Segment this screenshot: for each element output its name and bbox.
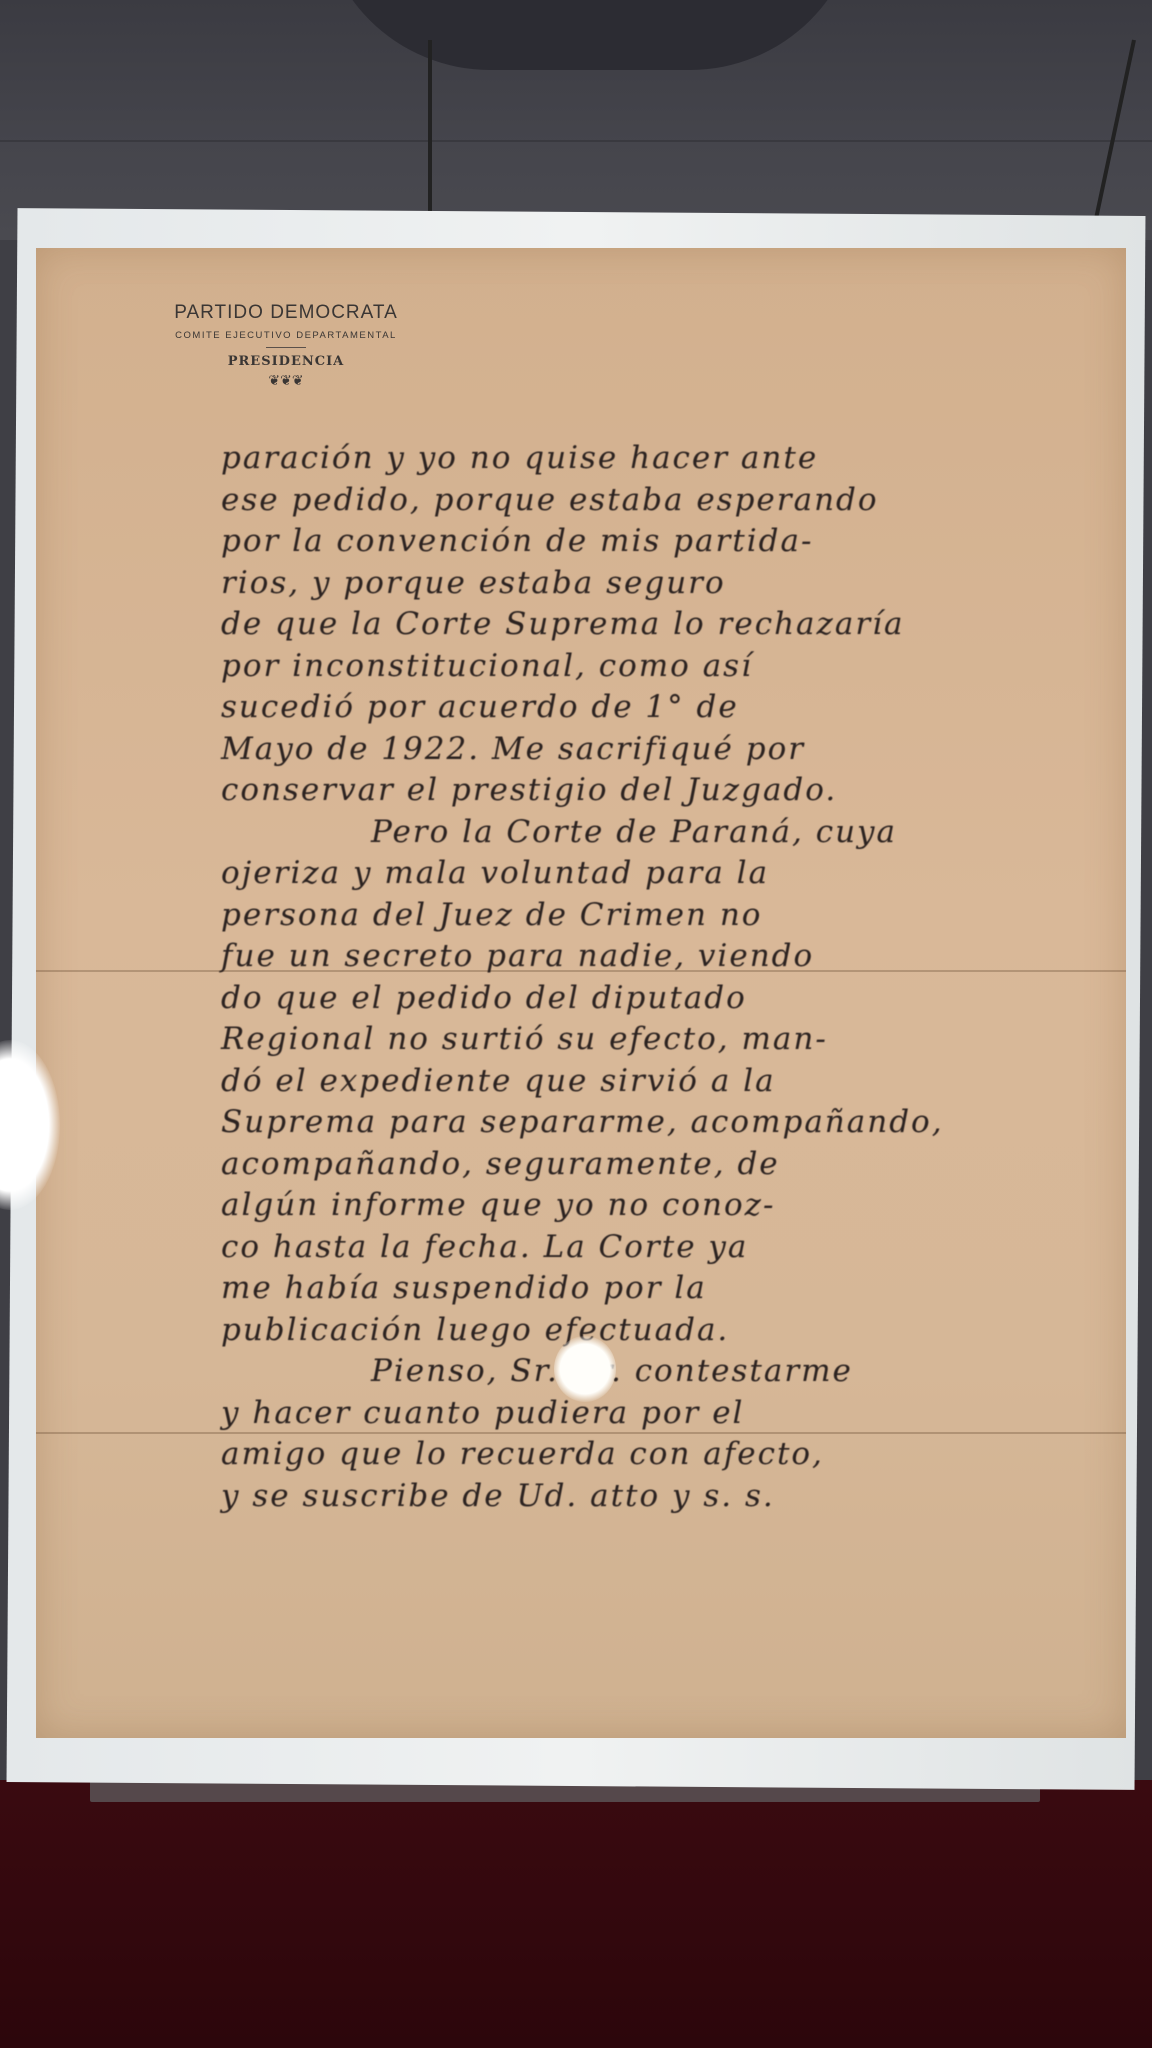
letter-line: publicación luego efectuada. — [221, 1310, 1101, 1352]
letter-line: de que la Corte Suprema lo rechazaría — [221, 604, 1101, 646]
letter-body: paración y yo no quise hacer ante ese pe… — [221, 438, 1101, 1517]
letter-line: acompañando, seguramente, de — [221, 1144, 1101, 1186]
letter-line: Regional no surtió su efecto, man- — [221, 1019, 1101, 1061]
letter-line: persona del Juez de Crimen no — [221, 895, 1101, 937]
letter-line: amigo que lo recuerda con afecto, — [221, 1434, 1101, 1476]
letter-page: PARTIDO DEMOCRATA COMITE EJECUTIVO DEPAR… — [36, 248, 1126, 1738]
letter-line: paración y yo no quise hacer ante — [221, 438, 1101, 480]
letter-line: dó el expediente que sirvió a la — [221, 1061, 1101, 1103]
letter-line: por inconstitucional, como así — [221, 646, 1101, 688]
letter-line: Mayo de 1922. Me sacrifiqué por — [221, 729, 1101, 771]
letter-line: Pienso, Sr. Dr. contestarme — [221, 1351, 1101, 1393]
letter-line: fue un secreto para nadie, viendo — [221, 936, 1101, 978]
letter-line: rios, y porque estaba seguro — [221, 563, 1101, 605]
letter-line: y hacer cuanto pudiera por el — [221, 1393, 1101, 1435]
letter-line: algún informe que yo no conoz- — [221, 1185, 1101, 1227]
wall-seam — [0, 140, 1152, 142]
letter-line: ese pedido, porque estaba esperando — [221, 480, 1101, 522]
letter-line: Suprema para separarme, acompañando, — [221, 1102, 1101, 1144]
letter-line: me había suspendido por la — [221, 1268, 1101, 1310]
letterhead: PARTIDO DEMOCRATA COMITE EJECUTIVO DEPAR… — [136, 302, 436, 389]
letter-line: do que el pedido del diputado — [221, 978, 1101, 1020]
letter-line: sucedió por acuerdo de 1° de — [221, 687, 1101, 729]
display-table — [0, 1780, 1152, 2048]
letter-line: por la convención de mis partida- — [221, 521, 1101, 563]
light-glare — [554, 1336, 616, 1402]
letter-line: co hasta la fecha. La Corte ya — [221, 1227, 1101, 1269]
letter-line: Pero la Corte de Paraná, cuya — [221, 812, 1101, 854]
letterhead-office: PRESIDENCIA — [136, 354, 436, 369]
letterhead-rule — [266, 347, 306, 348]
letterhead-organization: PARTIDO DEMOCRATA — [136, 302, 436, 324]
ornament-icon: ❦❦❦ — [136, 373, 436, 389]
letter-line: ojeriza y mala voluntad para la — [221, 853, 1101, 895]
letterhead-committee: COMITE EJECUTIVO DEPARTAMENTAL — [136, 330, 436, 341]
lamp-cable — [428, 40, 432, 230]
letter-line: conservar el prestigio del Juzgado. — [221, 770, 1101, 812]
letter-line: y se suscribe de Ud. atto y s. s. — [221, 1476, 1101, 1518]
